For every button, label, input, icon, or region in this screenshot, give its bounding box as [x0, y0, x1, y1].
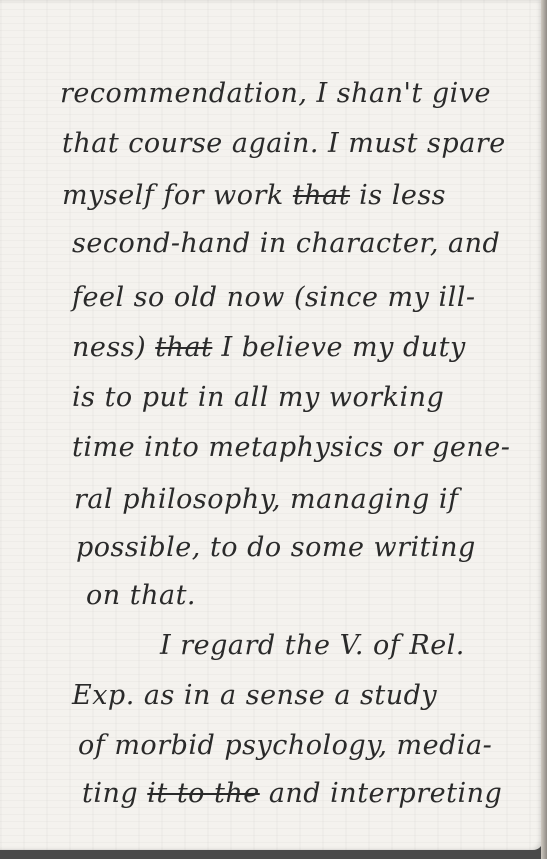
manuscript-line-14: of morbid psychology, media- [78, 730, 492, 761]
manuscript-line-15: ting it to the and interpreting [82, 778, 502, 809]
manuscript-line-8: time into metaphysics or gene- [72, 432, 510, 463]
manuscript-line-13: Exp. as in a sense a study [72, 680, 437, 711]
manuscript-line-2: that course again. I must spare [62, 128, 506, 159]
manuscript-line-5: feel so old now (since my ill- [72, 282, 476, 313]
manuscript-line-6: ness) that I believe my duty [72, 332, 466, 363]
manuscript-line-4: second-hand in character, and [72, 228, 500, 259]
manuscript-line-12: I regard the V. of Rel. [160, 630, 465, 661]
manuscript-line-11: on that. [86, 580, 196, 611]
struck-word: that [155, 332, 212, 363]
manuscript-line-10: possible, to do some writing [76, 532, 476, 563]
struck-word: that [293, 180, 350, 211]
manuscript-line-1: recommendation, I shan't give [60, 78, 491, 109]
page-edge [541, 0, 547, 859]
struck-word: it to the [147, 778, 259, 809]
manuscript-line-3: myself for work that is less [62, 180, 446, 211]
manuscript-line-9: ral philosophy, managing if [74, 484, 459, 515]
manuscript-line-7: is to put in all my working [72, 382, 444, 413]
manuscript-page: recommendation, I shan't give that cours… [0, 0, 543, 850]
